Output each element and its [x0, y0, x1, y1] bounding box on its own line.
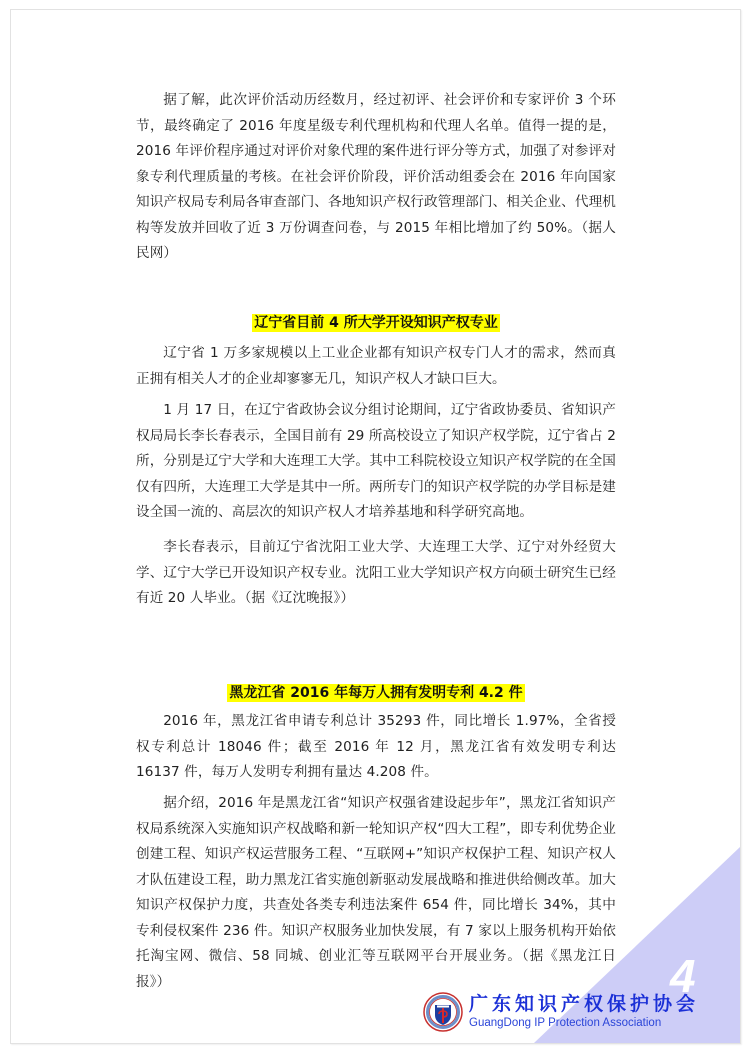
article3-paragraph-1: 2016 年，黑龙江省申请专利总计 35293 件，同比增长 1.97%，全省授…: [136, 709, 616, 786]
org-name-cn: 广东知识产权保护协会: [469, 993, 699, 1015]
article2-title: 辽宁省目前 4 所大学开设知识产权专业: [136, 313, 616, 333]
logo-text: 广东知识产权保护协会 GuangDong IP Protection Assoc…: [469, 993, 699, 1031]
article3-paragraph-2: 据介绍，2016 年是黑龙江省“知识产权强省建设起步年”，黑龙江省知识产权局系统…: [136, 791, 616, 995]
article3-title-text: 黑龙江省 2016 年每万人拥有发明专利 4.2 件: [227, 684, 524, 702]
article2-paragraph-2: 1 月 17 日，在辽宁省政协会议分组讨论期间，辽宁省政协委员、省知识产权局局长…: [136, 398, 616, 526]
article2-title-text: 辽宁省目前 4 所大学开设知识产权专业: [252, 314, 500, 332]
org-name-en: GuangDong IP Protection Association: [469, 1015, 699, 1031]
footer-logo: 广东知识产权保护协会 GuangDong IP Protection Assoc…: [423, 992, 699, 1032]
article2-paragraph-3: 李长春表示，目前辽宁省沈阳工业大学、大连理工大学、辽宁对外经贸大学、辽宁大学已开…: [136, 535, 616, 612]
association-emblem-icon: [423, 992, 463, 1032]
article2-paragraph-1: 辽宁省 1 万多家规模以上工业企业都有知识产权专门人才的需求，然而真正拥有相关人…: [136, 341, 616, 392]
article3-title: 黑龙江省 2016 年每万人拥有发明专利 4.2 件: [136, 683, 616, 703]
article1-paragraph-1: 据了解，此次评价活动历经数月，经过初评、社会评价和专家评价 3 个环节，最终确定…: [136, 88, 616, 267]
